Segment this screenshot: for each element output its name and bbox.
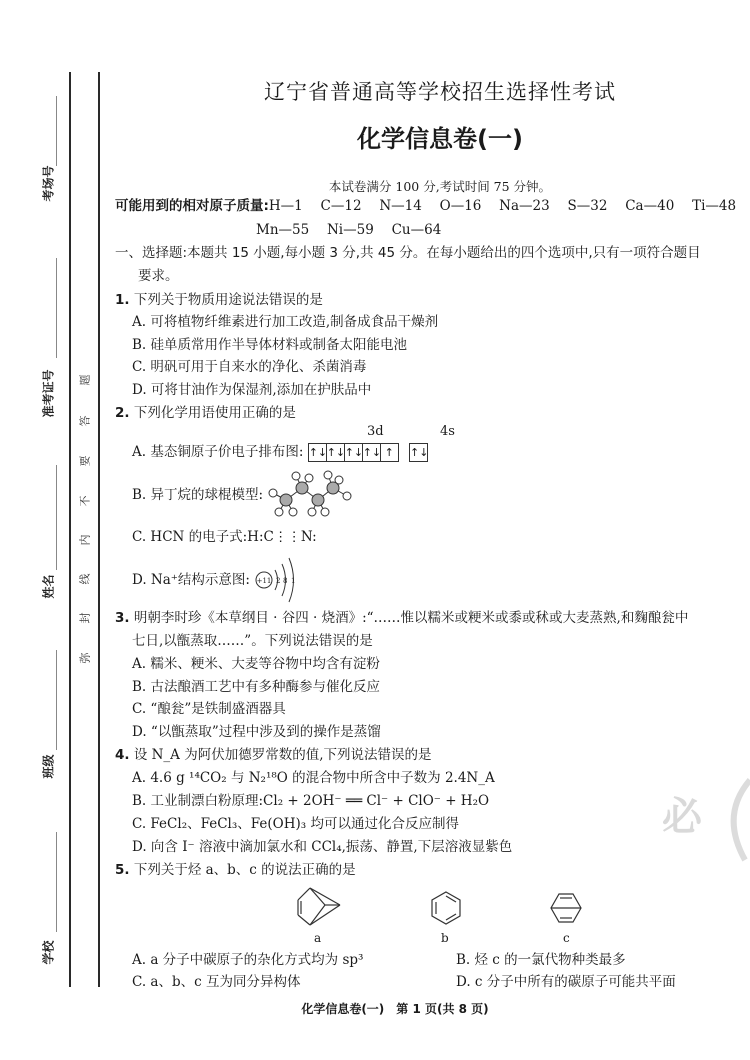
svg-text:1: 1	[291, 577, 295, 585]
orbital-diagram-3d: ↑↓↑↓↑↓↑↓↑	[308, 443, 399, 462]
structure-label-a: a	[314, 931, 321, 945]
nucleus-charge: +11	[257, 577, 272, 585]
seal-char: 线	[77, 574, 93, 585]
orbital-label-4s: 4s	[440, 424, 455, 439]
orbital-box: ↑↓	[327, 444, 345, 461]
class-blank[interactable]	[56, 650, 57, 750]
ticket-number-blank[interactable]	[56, 258, 57, 358]
watermark: 必	[662, 785, 702, 842]
q3-option-a: A. 糯米、粳米、大麦等谷物中均含有淀粉	[132, 655, 380, 673]
question-number: 1.	[115, 292, 130, 308]
structure-a	[295, 885, 345, 930]
question-3-stem: 3. 明朝李时珍《本草纲目 · 谷四 · 烧酒》:“……惟以糯米或粳米或黍或秫或…	[115, 609, 688, 627]
question-4-stem: 4. 设 N_A 为阿伏加德罗常数的值,下列说法错误的是	[115, 746, 432, 764]
name-label: 姓名	[40, 574, 57, 598]
question-number: 4.	[115, 747, 130, 763]
name-blank[interactable]	[56, 465, 57, 570]
question-text: 下列化学用语使用正确的是	[134, 405, 296, 421]
question-text: 下列关于物质用途说法错误的是	[134, 292, 323, 308]
svg-text:8: 8	[283, 577, 287, 585]
orbital-box: ↑	[381, 444, 398, 461]
school-label: 学校	[40, 940, 57, 964]
atomic-masses-values: H—1 C—12 N—14 O—16 Na—23 S—32 Ca—40 Ti—4…	[269, 198, 736, 214]
school-blank[interactable]	[56, 832, 57, 932]
atomic-masses-label: 可能用到的相对原子质量:	[115, 198, 269, 214]
exam-info: 本试卷满分 100 分,考试时间 75 分钟。	[0, 177, 750, 195]
question-number: 2.	[115, 405, 130, 421]
q5-option-c: C. a、b、c 互为同分异构体	[132, 973, 300, 991]
structure-c	[548, 890, 584, 926]
q2-option-b: B. 异丁烷的球棍模型:	[132, 486, 263, 504]
question-1-stem: 1. 下列关于物质用途说法错误的是	[115, 291, 323, 309]
isobutane-ball-stick-model	[266, 470, 366, 530]
q2-option-a: A. 基态铜原子价电子排布图: ↑↓↑↓↑↓↑↓↑ ↑↓	[132, 443, 428, 462]
structure-b-benzene	[428, 890, 464, 926]
orbital-box: ↑↓	[363, 444, 381, 461]
option-text: A. 基态铜原子价电子排布图:	[132, 444, 303, 460]
seal-char: 答	[77, 416, 93, 427]
ticket-number-label: 准考证号	[40, 369, 57, 417]
q1-option-b: B. 硅单质常用作半导体材料或制备太阳能电池	[132, 336, 407, 354]
question-text: 下列关于烃 a、b、c 的说法正确的是	[134, 862, 356, 878]
q5-option-b: B. 烃 c 的一氯代物种类最多	[456, 951, 626, 969]
q3-option-b: B. 古法酿酒工艺中有多种酶参与催化反应	[132, 678, 380, 696]
q2-option-d: D. Na⁺结构示意图:	[132, 571, 250, 589]
q4-option-b: B. 工业制漂白粉原理:Cl₂ + 2OH⁻ ══ Cl⁻ + ClO⁻ + H…	[132, 792, 489, 810]
question-5-stem: 5. 下列关于烃 a、b、c 的说法正确的是	[115, 861, 356, 879]
structure-label-b: b	[441, 931, 449, 945]
class-label: 班级	[40, 754, 57, 778]
binding-line-inner	[98, 72, 100, 987]
orbital-box: ↑↓	[345, 444, 363, 461]
seal-char: 内	[77, 535, 93, 546]
question-number: 3.	[115, 610, 130, 626]
question-2-stem: 2. 下列化学用语使用正确的是	[115, 404, 296, 422]
q5-option-a: A. a 分子中碳原子的杂化方式均为 sp³	[132, 951, 363, 969]
binding-line-outer	[69, 72, 71, 987]
q3-option-d: D. “以甑蒸取”过程中涉及到的操作是蒸馏	[132, 723, 381, 741]
q1-option-c: C. 明矾可用于自来水的净化、杀菌消毒	[132, 358, 366, 376]
svg-text:2: 2	[276, 577, 280, 585]
seal-char: 弥	[77, 653, 93, 664]
question-3-stem-cont: 七日,以甑蒸取……”。下列说法错误的是	[132, 632, 373, 650]
q3-option-c: C. “酿瓮”是铁制盛酒器具	[132, 700, 286, 718]
orbital-diagram-4s: ↑↓	[409, 443, 428, 462]
seal-char: 封	[77, 613, 93, 624]
q4-option-d: D. 向含 I⁻ 溶液中滴加氯水和 CCl₄,振荡、静置,下层溶液显紫色	[132, 838, 512, 856]
atomic-masses-line1: 可能用到的相对原子质量:H—1 C—12 N—14 O—16 Na—23 S—3…	[115, 197, 736, 215]
q2-option-c: C. HCN 的电子式:H:C⋮⋮N:	[132, 528, 317, 546]
watermark-swirl-icon	[715, 775, 750, 865]
exam-name: 辽宁省普通高等学校招生选择性考试	[0, 76, 750, 106]
q4-option-a: A. 4.6 g ¹⁴CO₂ 与 N₂¹⁸O 的混合物中所含中子数为 2.4N_…	[132, 769, 495, 787]
orbital-box: ↑↓	[410, 444, 427, 461]
question-number: 5.	[115, 862, 130, 878]
structure-label-c: c	[563, 931, 570, 945]
q5-option-d: D. c 分子中所有的碳原子可能共平面	[456, 973, 676, 991]
orbital-label-3d: 3d	[367, 424, 384, 439]
page-footer: 化学信息卷(一) 第 1 页(共 8 页)	[0, 1000, 750, 1017]
sodium-ion-structure-diagram: +11 2 8 1	[254, 556, 304, 604]
paper-title: 化学信息卷(一)	[0, 119, 750, 154]
seal-char: 题	[77, 375, 93, 386]
q1-option-a: A. 可将植物纤维素进行加工改造,制备成食品干燥剂	[132, 313, 438, 331]
orbital-box: ↑↓	[309, 444, 327, 461]
q1-option-d: D. 可将甘油作为保湿剂,添加在护肤品中	[132, 381, 371, 399]
seal-char: 要	[77, 456, 93, 467]
section-heading-cont: 要求。	[138, 267, 179, 285]
atomic-masses-line2: Mn—55 Ni—59 Cu—64	[256, 221, 441, 239]
q4-option-c: C. FeCl₂、FeCl₃、Fe(OH)₃ 均可以通过化合反应制得	[132, 815, 459, 833]
seal-char: 不	[77, 496, 93, 507]
question-text: 明朝李时珍《本草纲目 · 谷四 · 烧酒》:“……惟以糯米或粳米或黍或秫或大麦蒸…	[134, 610, 689, 626]
section-heading: 一、选择题:本题共 15 小题,每小题 3 分,共 45 分。在每小题给出的四个…	[115, 244, 701, 262]
question-text: 设 N_A 为阿伏加德罗常数的值,下列说法错误的是	[134, 747, 432, 763]
